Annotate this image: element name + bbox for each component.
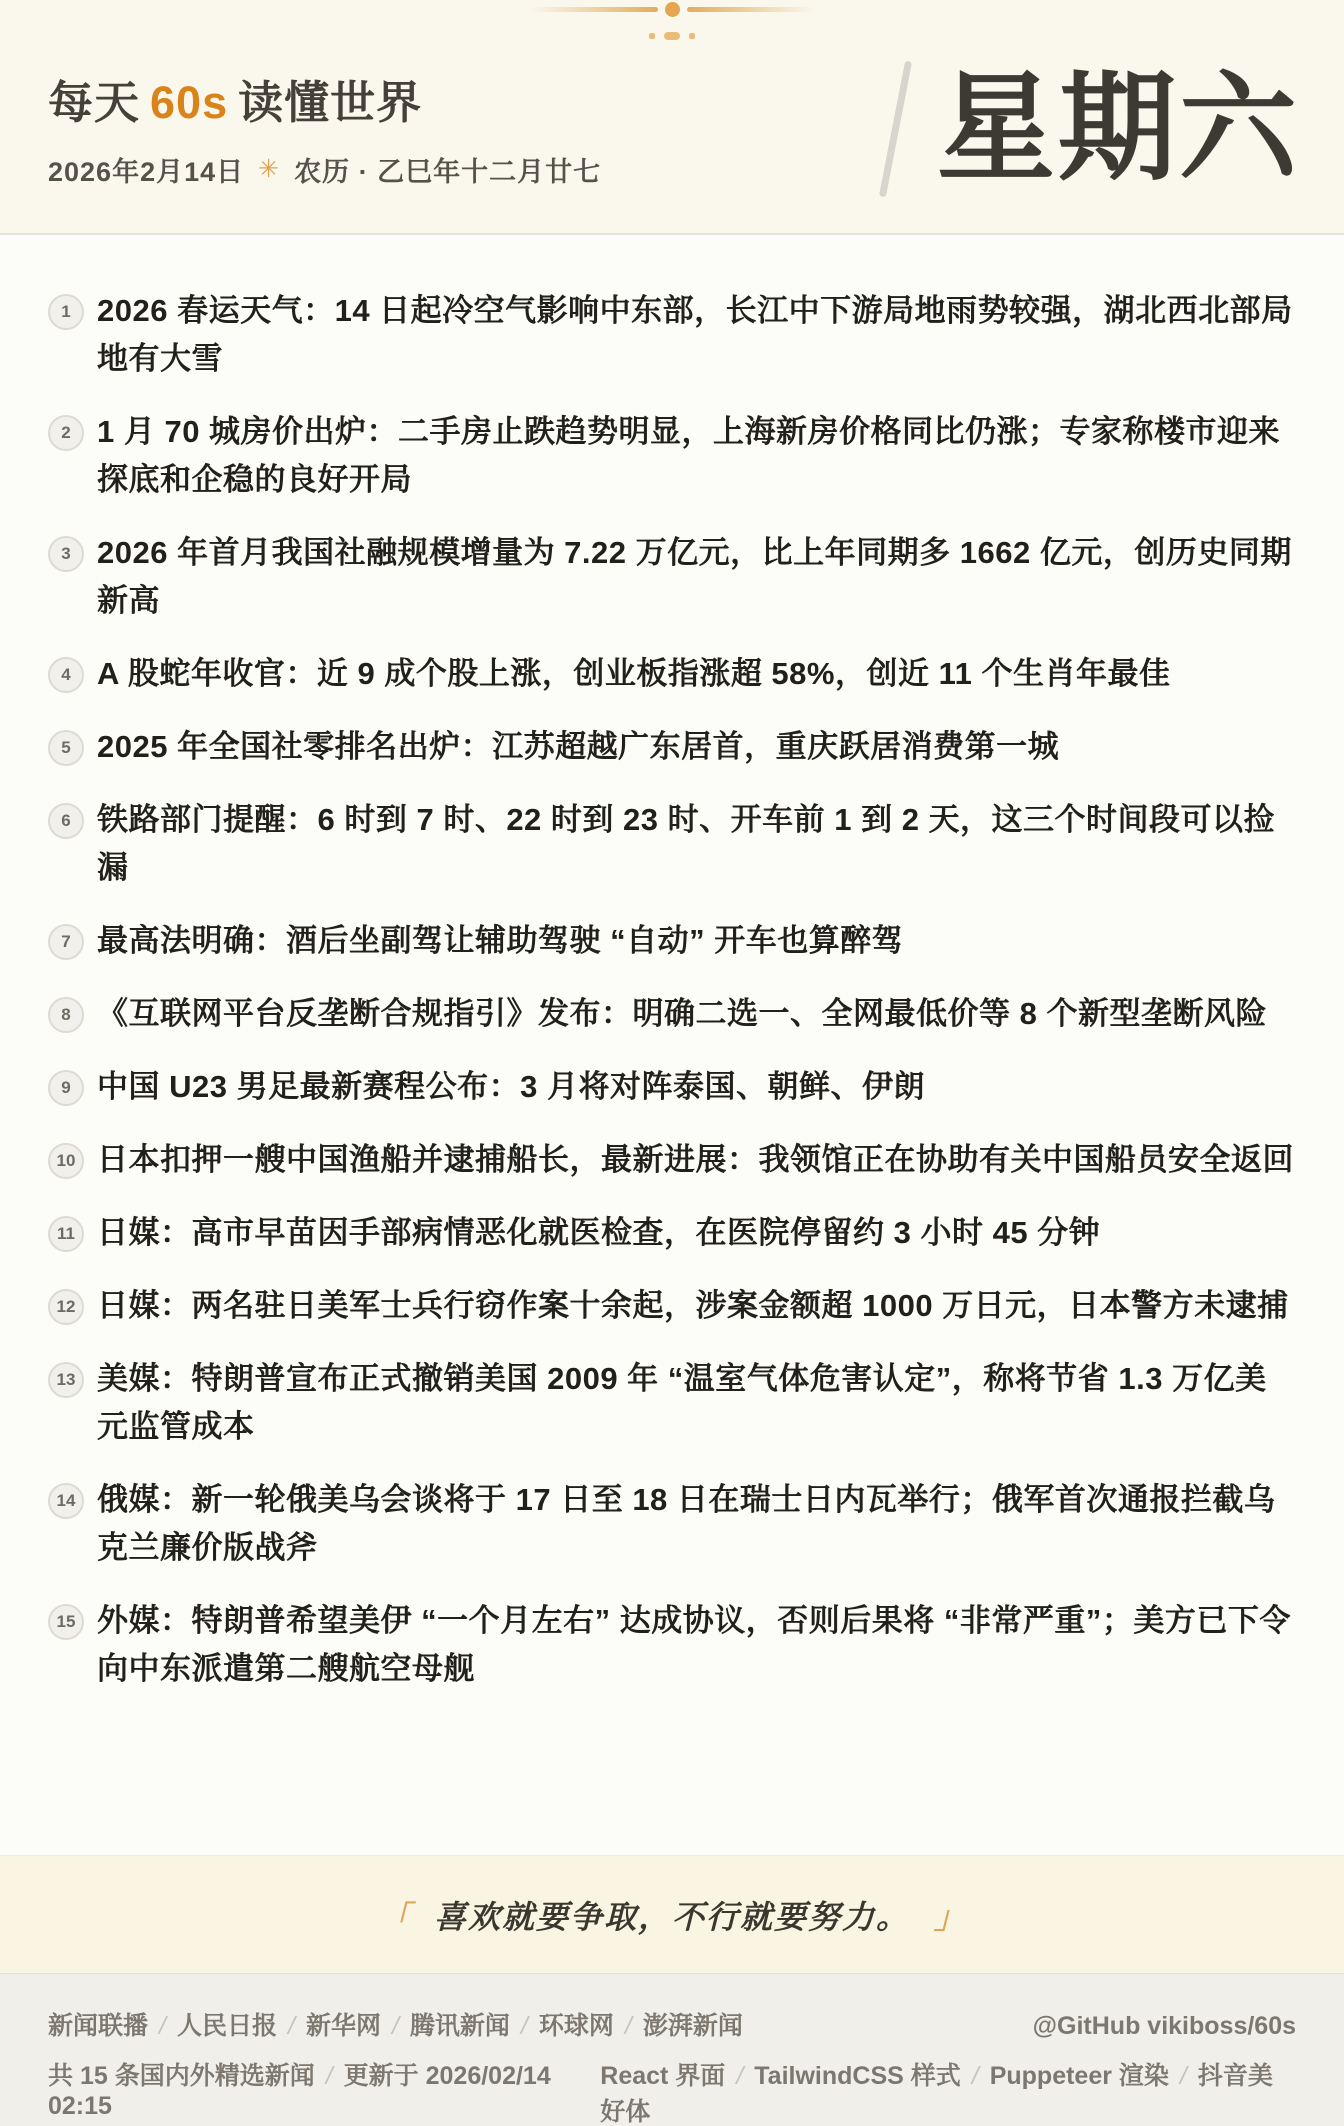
- footer-tech-stack: React 界面/TailwindCSS 样式/Puppeteer 渲染/抖音美…: [600, 2056, 1296, 2126]
- news-item-text: 1 月 70 城房价出炉：二手房止跌趋势明显，上海新房价格同比仍涨；专家称楼市迎…: [97, 408, 1298, 504]
- news-item-number: 9: [48, 1070, 84, 1106]
- ornament-oval-dot: [664, 32, 680, 40]
- news-item: 8《互联网平台反垄断合规指引》发布：明确二选一、全网最低价等 8 个新型垄断风险: [48, 990, 1298, 1038]
- news-item: 11日媒：高市早苗因手部病情恶化就医检查，在医院停留约 3 小时 45 分钟: [48, 1209, 1298, 1257]
- slash-separator: /: [521, 2012, 528, 2040]
- news-item: 12026 春运天气：14 日起冷空气影响中东部，长江中下游局地雨势较强，湖北西…: [48, 287, 1298, 383]
- footer-summary: 共 15 条国内外精选新闻/更新于 2026/02/14 02:15: [48, 2056, 600, 2121]
- ornament-small-dot: [649, 33, 655, 39]
- footer-text-item: Puppeteer 渲染: [990, 2062, 1169, 2090]
- ornament-small-dot: [689, 33, 695, 39]
- slash-separator: /: [625, 2012, 632, 2040]
- news-item: 21 月 70 城房价出炉：二手房止跌趋势明显，上海新房价格同比仍涨；专家称楼市…: [48, 408, 1298, 504]
- footer-text-item: 腾讯新闻: [410, 2012, 510, 2040]
- news-item-text: 日本扣押一艘中国渔船并逮捕船长，最新进展：我领馆正在协助有关中国船员安全返回: [97, 1136, 1294, 1184]
- news-item-number: 13: [48, 1362, 84, 1398]
- quote-open-bracket: 「: [379, 1892, 410, 1937]
- news-item-number: 11: [48, 1216, 84, 1252]
- news-item-number: 5: [48, 730, 84, 766]
- news-item: 6铁路部门提醒：6 时到 7 时、22 时到 23 时、开车前 1 到 2 天，…: [48, 796, 1298, 892]
- slash-separator: /: [392, 2012, 399, 2040]
- slash-separator: /: [288, 2012, 295, 2040]
- header-left: 每天60s读懂世界 2026年2月14日 ✳ 农历 · 乙巳年十二月廿七: [48, 78, 601, 189]
- news-item: 7最高法明确：酒后坐副驾让辅助驾驶 “自动” 开车也算醉驾: [48, 917, 1298, 965]
- news-item-text: 2025 年全国社零排名出炉：江苏超越广东居首，重庆跃居消费第一城: [97, 723, 1059, 771]
- news-item-number: 2: [48, 415, 84, 451]
- news-item-number: 6: [48, 803, 84, 839]
- news-item-text: 俄媒：新一轮俄美乌会谈将于 17 日至 18 日在瑞士日内瓦举行；俄军首次通报拦…: [97, 1476, 1298, 1572]
- news-item-text: 2026 年首月我国社融规模增量为 7.22 万亿元，比上年同期多 1662 亿…: [97, 529, 1298, 625]
- header-right: 星期六: [892, 60, 1300, 198]
- news-item-number: 8: [48, 997, 84, 1033]
- lunar-date: 农历 · 乙巳年十二月廿七: [294, 150, 601, 189]
- footer-text-item: 新华网: [306, 2012, 381, 2040]
- news-card: 每天60s读懂世界 2026年2月14日 ✳ 农历 · 乙巳年十二月廿七 星期六…: [0, 0, 1344, 2126]
- ornament-line-right: [687, 7, 815, 12]
- news-item-number: 7: [48, 924, 84, 960]
- footer-sources: 新闻联播/人民日报/新华网/腾讯新闻/环球网/澎湃新闻: [48, 2006, 743, 2042]
- title-suffix: 读懂世界: [238, 77, 422, 128]
- page-title: 每天60s读懂世界: [48, 78, 601, 128]
- footer-text-item: React 界面: [600, 2062, 725, 2090]
- asterisk-icon: ✳: [258, 154, 280, 184]
- gregorian-date: 2026年2月14日: [48, 150, 244, 189]
- footer-text-item: 新闻联播: [48, 2012, 148, 2040]
- news-item-text: 2026 春运天气：14 日起冷空气影响中东部，长江中下游局地雨势较强，湖北西北…: [97, 287, 1298, 383]
- news-item-number: 10: [48, 1143, 84, 1179]
- news-list: 12026 春运天气：14 日起冷空气影响中东部，长江中下游局地雨势较强，湖北西…: [0, 235, 1344, 1855]
- weekday-label: 星期六: [937, 70, 1300, 188]
- footer-text-item: TailwindCSS 样式: [754, 2062, 961, 2090]
- news-item-text: 日媒：两名驻日美军士兵行窃作案十余起，涉案金额超 1000 万日元，日本警方未逮…: [97, 1282, 1289, 1330]
- title-60s-highlight: 60s: [150, 77, 228, 128]
- news-item-text: 中国 U23 男足最新赛程公布：3 月将对阵泰国、朝鲜、伊朗: [97, 1063, 925, 1111]
- ornament-dot-icon: [665, 2, 680, 17]
- quote-text: 喜欢就要争取，不行就要努力。: [434, 1892, 910, 1938]
- footer-text-item: 人民日报: [177, 2012, 277, 2040]
- footer-text-item: 环球网: [539, 2012, 614, 2040]
- news-item-text: A 股蛇年收官：近 9 成个股上涨，创业板指涨超 58%，创近 11 个生肖年最…: [97, 650, 1170, 698]
- footer-text-item: 共 15 条国内外精选新闻: [48, 2062, 315, 2090]
- ornament-line-left: [530, 7, 658, 12]
- slash-separator: /: [1180, 2062, 1187, 2090]
- news-item-text: 日媒：高市早苗因手部病情恶化就医检查，在医院停留约 3 小时 45 分钟: [97, 1209, 1100, 1257]
- news-item: 12日媒：两名驻日美军士兵行窃作案十余起，涉案金额超 1000 万日元，日本警方…: [48, 1282, 1298, 1330]
- news-item: 9中国 U23 男足最新赛程公布：3 月将对阵泰国、朝鲜、伊朗: [48, 1063, 1298, 1111]
- quote-section: 「 喜欢就要争取，不行就要努力。 」: [0, 1855, 1344, 1973]
- news-item-number: 4: [48, 657, 84, 693]
- news-item: 32026 年首月我国社融规模增量为 7.22 万亿元，比上年同期多 1662 …: [48, 529, 1298, 625]
- news-item: 15外媒：特朗普希望美伊 “一个月左右” 达成协议，否则后果将 “非常严重”；美…: [48, 1597, 1298, 1693]
- news-item-text: 美媒：特朗普宣布正式撤销美国 2009 年 “温室气体危害认定”，称将节省 1.…: [97, 1355, 1298, 1451]
- github-credit: @GitHub vikiboss/60s: [1033, 2012, 1296, 2041]
- news-item-number: 14: [48, 1483, 84, 1519]
- news-item: 13美媒：特朗普宣布正式撤销美国 2009 年 “温室气体危害认定”，称将节省 …: [48, 1355, 1298, 1451]
- news-item-text: 《互联网平台反垄断合规指引》发布：明确二选一、全网最低价等 8 个新型垄断风险: [97, 990, 1267, 1038]
- footer: 新闻联播/人民日报/新华网/腾讯新闻/环球网/澎湃新闻 @GitHub viki…: [0, 1973, 1344, 2126]
- news-item: 4A 股蛇年收官：近 9 成个股上涨，创业板指涨超 58%，创近 11 个生肖年…: [48, 650, 1298, 698]
- news-item-number: 3: [48, 536, 84, 572]
- date-row: 2026年2月14日 ✳ 农历 · 乙巳年十二月廿七: [48, 150, 601, 189]
- slash-divider: [879, 60, 912, 197]
- slash-separator: /: [736, 2062, 743, 2090]
- title-prefix: 每天: [48, 77, 140, 128]
- news-item-number: 12: [48, 1289, 84, 1325]
- news-item-number: 1: [48, 294, 84, 330]
- slash-separator: /: [326, 2062, 333, 2090]
- news-item: 52025 年全国社零排名出炉：江苏超越广东居首，重庆跃居消费第一城: [48, 723, 1298, 771]
- footer-text-item: 澎湃新闻: [643, 2012, 743, 2040]
- news-item: 10日本扣押一艘中国渔船并逮捕船长，最新进展：我领馆正在协助有关中国船员安全返回: [48, 1136, 1298, 1184]
- header-ornament-icon: [512, 0, 832, 40]
- slash-separator: /: [972, 2062, 979, 2090]
- news-item-text: 铁路部门提醒：6 时到 7 时、22 时到 23 时、开车前 1 到 2 天，这…: [97, 796, 1298, 892]
- news-item-text: 最高法明确：酒后坐副驾让辅助驾驶 “自动” 开车也算醉驾: [97, 917, 903, 965]
- slash-separator: /: [159, 2012, 166, 2040]
- quote-close-bracket: 」: [934, 1892, 965, 1937]
- news-item-text: 外媒：特朗普希望美伊 “一个月左右” 达成协议，否则后果将 “非常严重”；美方已…: [97, 1597, 1298, 1693]
- news-item: 14俄媒：新一轮俄美乌会谈将于 17 日至 18 日在瑞士日内瓦举行；俄军首次通…: [48, 1476, 1298, 1572]
- header: 每天60s读懂世界 2026年2月14日 ✳ 农历 · 乙巳年十二月廿七 星期六: [0, 0, 1344, 235]
- news-item-number: 15: [48, 1604, 84, 1640]
